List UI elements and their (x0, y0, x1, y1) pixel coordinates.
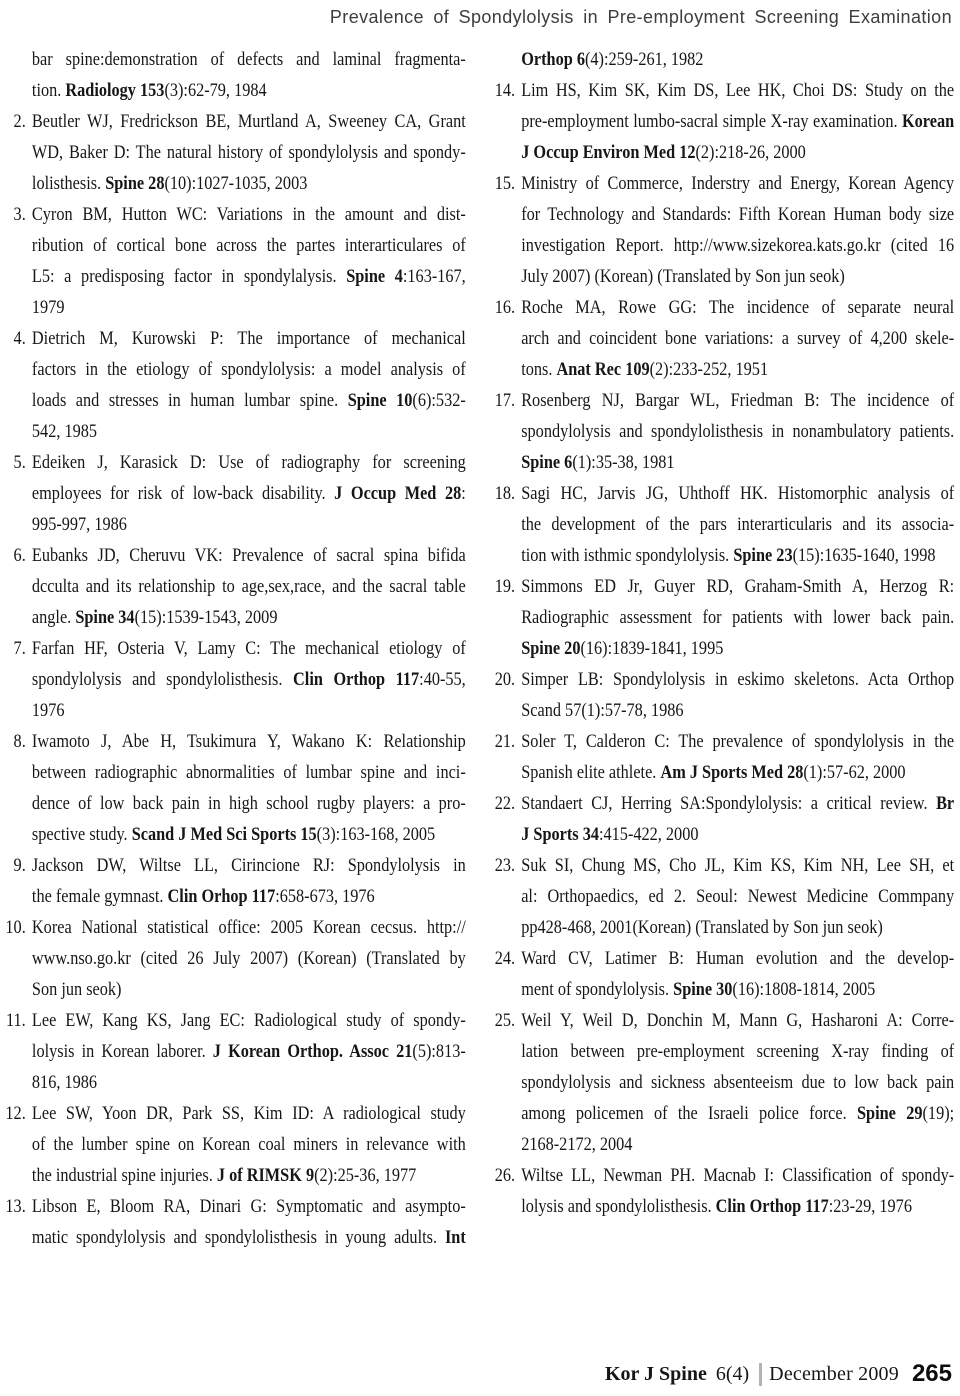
reference-line: factors in the etiology of spondylolysis… (32, 355, 466, 386)
reference-line: Spine 20(16):1839-1841, 1995 (521, 634, 954, 665)
reference-item: 24.Ward CV, Latimer B: Human evolution a… (491, 944, 954, 1006)
reference-line: Son jun seok) (32, 975, 466, 1006)
reference-line: tion with isthmic spondylolysis. Spine 2… (521, 541, 954, 572)
reference-line: the female gymnast. Clin Orhop 117:658-6… (32, 882, 466, 913)
reference-number: 16. (491, 293, 515, 324)
reference-line: al: Orthopaedics, ed 2. Seoul: Newest Me… (521, 882, 954, 913)
journal-name: Kor J Spine (605, 1363, 707, 1386)
reference-line: 542, 1985 (32, 417, 466, 448)
reference-line: www.nso.go.kr (cited 26 July 2007) (Kore… (32, 944, 466, 975)
reference-line: Cyron BM, Hutton WC: Variations in the a… (32, 200, 466, 231)
reference-line: 995-997, 1986 (32, 510, 466, 541)
page-number: 265 (912, 1360, 952, 1388)
reference-number: 21. (491, 727, 515, 758)
reference-line: Soler T, Calderon C: The prevalence of s… (521, 727, 954, 758)
references-column-left: bar spine:demonstration of defects and l… (2, 45, 466, 1254)
footer-separator-bar (759, 1363, 762, 1386)
reference-number: 25. (491, 1006, 515, 1037)
reference-line: Lee EW, Kang KS, Jang EC: Radiological s… (32, 1006, 466, 1037)
reference-item: bar spine:demonstration of defects and l… (2, 45, 466, 107)
reference-line: Orthop 6(4):259-261, 1982 (521, 45, 954, 76)
reference-number: 8. (2, 727, 26, 758)
reference-line: dence of low back pain in high school ru… (32, 789, 466, 820)
reference-item: 18.Sagi HC, Jarvis JG, Uhthoff HK. Histo… (491, 479, 954, 572)
reference-line: Scand 57(1):57-78, 1986 (521, 696, 954, 727)
reference-line: Roche MA, Rowe GG: The incidence of sepa… (521, 293, 954, 324)
reference-line: the industrial spine injuries. J of RIMS… (32, 1161, 466, 1192)
reference-number: 19. (491, 572, 515, 603)
reference-line: lolisthesis. Spine 28(10):1027-1035, 200… (32, 169, 466, 200)
reference-line: Jackson DW, Wiltse LL, Cirincione RJ: Sp… (32, 851, 466, 882)
reference-line: pre-employment lumbo-sacral simple X-ray… (521, 107, 954, 138)
reference-line: loads and stresses in human lumbar spine… (32, 386, 466, 417)
reference-number: 17. (491, 386, 515, 417)
reference-item: 19.Simmons ED Jr, Guyer RD, Graham-Smith… (491, 572, 954, 665)
reference-item: 2.Beutler WJ, Fredrickson BE, Murtland A… (2, 107, 466, 200)
reference-item: 5.Edeiken J, Karasick D: Use of radiogra… (2, 448, 466, 541)
reference-line: Radiographic assessment for patients wit… (521, 603, 954, 634)
reference-line: the development of the pars interarticul… (521, 510, 954, 541)
reference-item: 20.Simper LB: Spondylolysis in eskimo sk… (491, 665, 954, 727)
reference-line: Libson E, Bloom RA, Dinari G: Symptomati… (32, 1192, 466, 1223)
reference-line: investigation Report. http://www.sizekor… (521, 231, 954, 262)
reference-line: spondylolysis and spondylolisthesis. Cli… (32, 665, 466, 696)
reference-line: ribution of cortical bone across the par… (32, 231, 466, 262)
reference-line: Standaert CJ, Herring SA:Spondylolysis: … (521, 789, 954, 820)
reference-item: 4.Dietrich M, Kurowski P: The importance… (2, 324, 466, 448)
reference-line: Beutler WJ, Fredrickson BE, Murtland A, … (32, 107, 466, 138)
reference-line: Spanish elite athlete. Am J Sports Med 2… (521, 758, 954, 789)
reference-number: 2. (2, 107, 26, 138)
reference-item: 25.Weil Y, Weil D, Donchin M, Mann G, Ha… (491, 1006, 954, 1161)
reference-number: 15. (491, 169, 515, 200)
reference-line: Simper LB: Spondylolysis in eskimo skele… (521, 665, 954, 696)
reference-line: Ward CV, Latimer B: Human evolution and … (521, 944, 954, 975)
reference-item: 6.Eubanks JD, Cheruvu VK: Prevalence of … (2, 541, 466, 634)
reference-line: 1979 (32, 293, 466, 324)
reference-number: 24. (491, 944, 515, 975)
reference-number: 11. (2, 1006, 26, 1037)
issue-date: December 2009 (769, 1363, 899, 1386)
reference-item: 17.Rosenberg NJ, Bargar WL, Friedman B: … (491, 386, 954, 479)
reference-line: Weil Y, Weil D, Donchin M, Mann G, Hasha… (521, 1006, 954, 1037)
reference-line: angle. Spine 34(15):1539-1543, 2009 (32, 603, 466, 634)
reference-number: 3. (2, 200, 26, 231)
reference-number: 12. (2, 1099, 26, 1130)
reference-number (2, 45, 26, 76)
reference-line: pp428-468, 2001(Korean) (Translated by S… (521, 913, 954, 944)
reference-item: 16.Roche MA, Rowe GG: The incidence of s… (491, 293, 954, 386)
reference-item: 10.Korea National statistical office: 20… (2, 913, 466, 1006)
journal-issue: 6(4) (716, 1363, 749, 1386)
reference-line: tion. Radiology 153(3):62-79, 1984 (32, 76, 466, 107)
reference-line: dcculta and its relationship to age,sex,… (32, 572, 466, 603)
reference-number: 22. (491, 789, 515, 820)
reference-line: Rosenberg NJ, Bargar WL, Friedman B: The… (521, 386, 954, 417)
reference-line: July 2007) (Korean) (Translated by Son j… (521, 262, 954, 293)
reference-line: Sagi HC, Jarvis JG, Uhthoff HK. Histomor… (521, 479, 954, 510)
reference-item: 21.Soler T, Calderon C: The prevalence o… (491, 727, 954, 789)
reference-line: Lim HS, Kim SK, Kim DS, Lee HK, Choi DS:… (521, 76, 954, 107)
reference-item: 3.Cyron BM, Hutton WC: Variations in the… (2, 200, 466, 324)
reference-item: 15.Ministry of Commerce, Inderstry and E… (491, 169, 954, 293)
reference-item: 8.Iwamoto J, Abe H, Tsukimura Y, Wakano … (2, 727, 466, 851)
reference-line: Edeiken J, Karasick D: Use of radiograph… (32, 448, 466, 479)
reference-item: 11.Lee EW, Kang KS, Jang EC: Radiologica… (2, 1006, 466, 1099)
reference-number: 4. (2, 324, 26, 355)
reference-line: for Technology and Standards: Fifth Kore… (521, 200, 954, 231)
reference-line: ment of spondylolysis. Spine 30(16):1808… (521, 975, 954, 1006)
reference-item: Orthop 6(4):259-261, 1982 (491, 45, 954, 76)
reference-line: between radiographic abnormalities of lu… (32, 758, 466, 789)
reference-line: lation between pre-employment screening … (521, 1037, 954, 1068)
references-columns: bar spine:demonstration of defects and l… (2, 45, 960, 1254)
reference-number: 13. (2, 1192, 26, 1223)
reference-line: bar spine:demonstration of defects and l… (32, 45, 466, 76)
reference-line: lolysis in Korean laborer. J Korean Orth… (32, 1037, 466, 1068)
reference-line: among policemen of the Israeli police fo… (521, 1099, 954, 1130)
reference-line: Wiltse LL, Newman PH. Macnab I: Classifi… (521, 1161, 954, 1192)
reference-line: lolysis and spondylolisthesis. Clin Orth… (521, 1192, 954, 1223)
reference-line: 1976 (32, 696, 466, 727)
reference-line: 816, 1986 (32, 1068, 466, 1099)
reference-number: 7. (2, 634, 26, 665)
reference-line: Dietrich M, Kurowski P: The importance o… (32, 324, 466, 355)
reference-number: 5. (2, 448, 26, 479)
reference-line: 2168-2172, 2004 (521, 1130, 954, 1161)
reference-line: Iwamoto J, Abe H, Tsukimura Y, Wakano K:… (32, 727, 466, 758)
reference-line: tons. Anat Rec 109(2):233-252, 1951 (521, 355, 954, 386)
reference-line: J Sports 34:415-422, 2000 (521, 820, 954, 851)
reference-line: Suk SI, Chung MS, Cho JL, Kim KS, Kim NH… (521, 851, 954, 882)
reference-item: 22.Standaert CJ, Herring SA:Spondylolysi… (491, 789, 954, 851)
reference-number: 18. (491, 479, 515, 510)
reference-item: 23.Suk SI, Chung MS, Cho JL, Kim KS, Kim… (491, 851, 954, 944)
reference-line: Ministry of Commerce, Inderstry and Ener… (521, 169, 954, 200)
reference-line: J Occup Environ Med 12(2):218-26, 2000 (521, 138, 954, 169)
reference-line: spective study. Scand J Med Sci Sports 1… (32, 820, 466, 851)
reference-line: Farfan HF, Osteria V, Lamy C: The mechan… (32, 634, 466, 665)
reference-line: Korea National statistical office: 2005 … (32, 913, 466, 944)
reference-item: 12.Lee SW, Yoon DR, Park SS, Kim ID: A r… (2, 1099, 466, 1192)
reference-item: 7.Farfan HF, Osteria V, Lamy C: The mech… (2, 634, 466, 727)
reference-line: Simmons ED Jr, Guyer RD, Graham-Smith A,… (521, 572, 954, 603)
reference-number: 10. (2, 913, 26, 944)
reference-line: Lee SW, Yoon DR, Park SS, Kim ID: A radi… (32, 1099, 466, 1130)
reference-number: 14. (491, 76, 515, 107)
reference-line: Eubanks JD, Cheruvu VK: Prevalence of sa… (32, 541, 466, 572)
reference-number: 9. (2, 851, 26, 882)
reference-number: 23. (491, 851, 515, 882)
reference-number: 20. (491, 665, 515, 696)
reference-item: 9.Jackson DW, Wiltse LL, Cirincione RJ: … (2, 851, 466, 913)
reference-line: employees for risk of low-back disabilit… (32, 479, 466, 510)
reference-line: WD, Baker D: The natural history of spon… (32, 138, 466, 169)
reference-item: 13.Libson E, Bloom RA, Dinari G: Symptom… (2, 1192, 466, 1254)
reference-item: 26.Wiltse LL, Newman PH. Macnab I: Class… (491, 1161, 954, 1223)
reference-number (491, 45, 515, 76)
reference-number: 6. (2, 541, 26, 572)
reference-line: Spine 6(1):35-38, 1981 (521, 448, 954, 479)
references-column-right: Orthop 6(4):259-261, 198214.Lim HS, Kim … (491, 45, 954, 1254)
running-title: Prevalence of Spondylolysis in Pre-emplo… (330, 7, 952, 28)
reference-item: 14.Lim HS, Kim SK, Kim DS, Lee HK, Choi … (491, 76, 954, 169)
reference-line: spondylolysis and sickness absenteeism d… (521, 1068, 954, 1099)
reference-line: arch and coincident bone variations: a s… (521, 324, 954, 355)
reference-line: of the lumber spine on Korean coal miner… (32, 1130, 466, 1161)
page-footer: Kor J Spine 6(4) December 2009 265 (605, 1360, 952, 1388)
reference-number: 26. (491, 1161, 515, 1192)
reference-line: spondylolysis and spondylolisthesis in n… (521, 417, 954, 448)
reference-line: matic spondylolysis and spondylolisthesi… (32, 1223, 466, 1254)
reference-line: L5: a predisposing factor in spondylalys… (32, 262, 466, 293)
